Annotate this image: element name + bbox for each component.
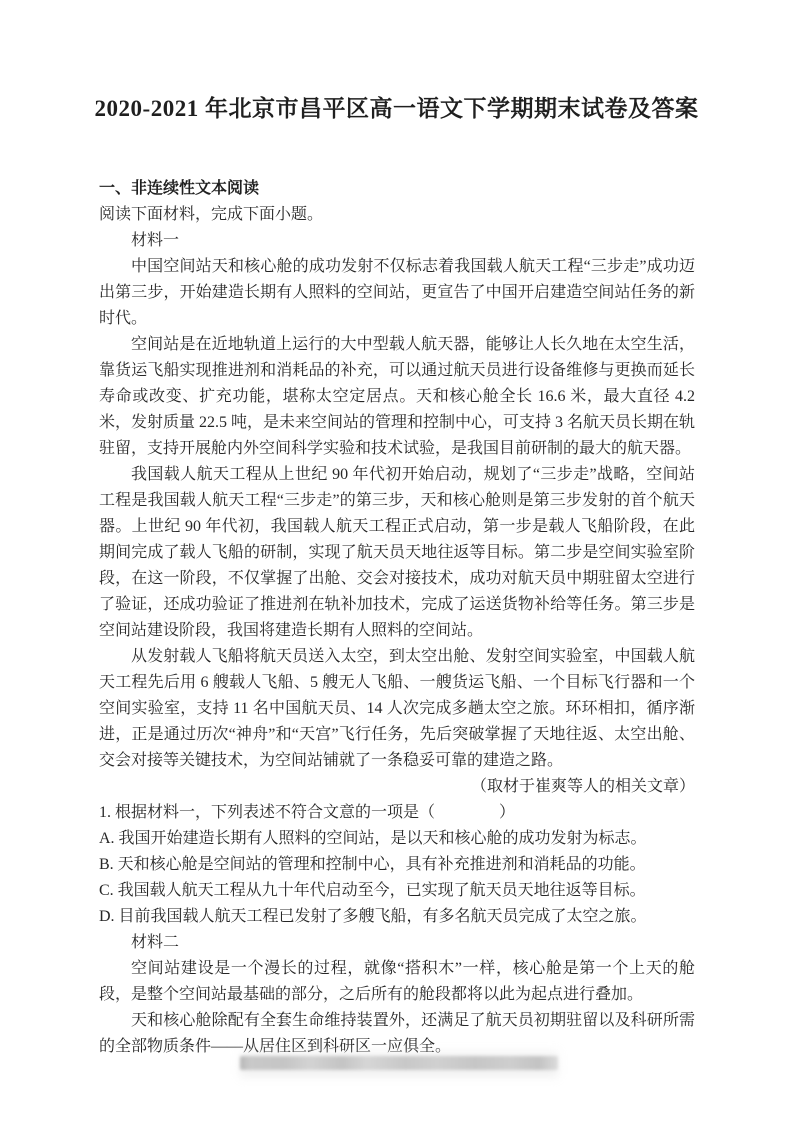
material1-label: 材料一 — [99, 228, 695, 254]
material2-label: 材料二 — [99, 930, 695, 956]
material1-paragraph-4: 从发射载人飞船将航天员送入太空，到太空出舱、发射空间实验室，中国载人航天工程先后… — [99, 644, 695, 774]
document-page: 2020-2021 年北京市昌平区高一语文下学期期末试卷及答案 一、非连续性文本… — [0, 0, 793, 1122]
source-attribution: （取材于崔爽等人的相关文章） — [99, 774, 695, 800]
question1-option-d: D. 目前我国载人航天工程已发射了多艘飞船，有多名航天员完成了太空之旅。 — [99, 904, 695, 930]
material1-paragraph-2: 空间站是在近地轨道上运行的大中型载人航天器，能够让人长久地在太空生活，靠货运飞船… — [99, 332, 695, 462]
question1-option-a: A. 我国开始建造长期有人照料的空间站，是以天和核心舱的成功发射为标志。 — [99, 826, 695, 852]
question1-stem: 1. 根据材料一，下列表述不符合文意的一项是（ ） — [99, 800, 695, 826]
material2-paragraph-2: 天和核心舱除配有全套生命维持装置外，还满足了航天员初期驻留以及科研所需的全部物质… — [99, 1008, 695, 1060]
material2-paragraph-1: 空间站建设是一个漫长的过程，就像“搭积木”一样，核心舱是第一个上天的舱段，是整个… — [99, 956, 695, 1008]
section-heading: 一、非连续性文本阅读 — [99, 176, 695, 202]
document-title: 2020-2021 年北京市昌平区高一语文下学期期末试卷及答案 — [60, 93, 733, 125]
question1-option-b: B. 天和核心舱是空间站的管理和控制中心，具有补充推进剂和消耗品的功能。 — [99, 852, 695, 878]
document-body: 一、非连续性文本阅读 阅读下面材料，完成下面小题。 材料一 中国空间站天和核心舱… — [99, 176, 695, 1060]
intro-line: 阅读下面材料，完成下面小题。 — [99, 202, 695, 228]
question1-option-c: C. 我国载人航天工程从九十年代启动至今，已实现了航天员天地往返等目标。 — [99, 878, 695, 904]
material1-paragraph-1: 中国空间站天和核心舱的成功发射不仅标志着我国载人航天工程“三步走”成功迈出第三步… — [99, 254, 695, 332]
material1-paragraph-3: 我国载人航天工程从上世纪 90 年代初开始启动，规划了“三步走”战略，空间站工程… — [99, 462, 695, 644]
blurred-watermark — [240, 1056, 558, 1070]
